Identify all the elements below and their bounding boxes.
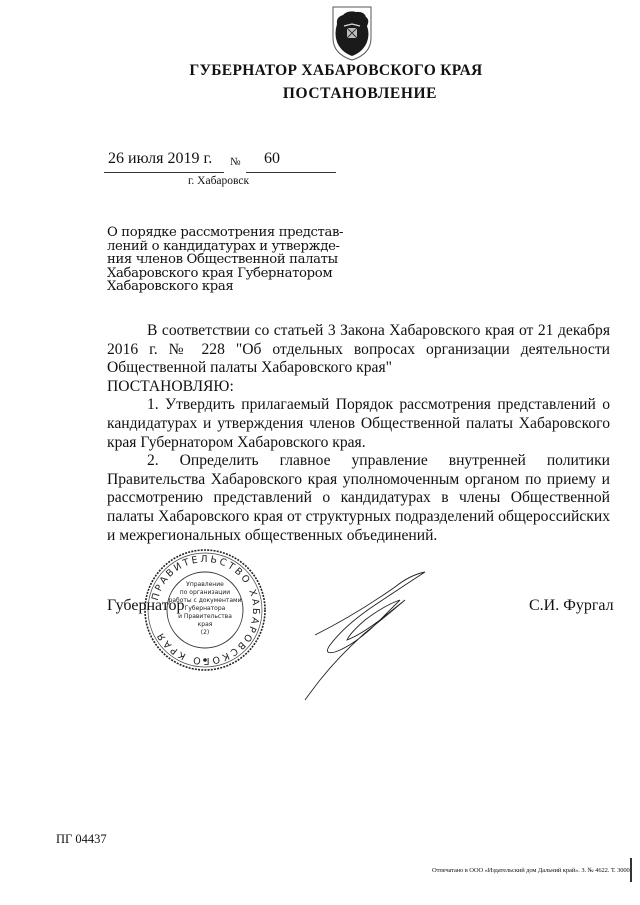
decree-word: ПОСТАНОВЛЯЮ: [107, 378, 610, 397]
preamble-paragraph: В соответствии со статьей 3 Закона Хабар… [107, 322, 610, 378]
date-underline [104, 172, 224, 173]
seal-center-line: (2) [201, 629, 210, 636]
decree-item-1: 1. Утвердить прилагаемый Порядок рассмот… [107, 396, 610, 452]
signatory-title: Губернатор [107, 597, 185, 615]
seal-center-line: края [198, 621, 213, 628]
document-city: г. Хабаровск [188, 175, 249, 187]
number-sign: № [230, 156, 241, 168]
signatory-name: С.И. Фургал [529, 597, 614, 615]
document-subject: О порядке рассмотрения представ- лений о… [107, 226, 339, 294]
decree-item-2: 2. Определить главное управление внутрен… [107, 452, 610, 545]
subject-line: ния членов Общественной палаты [107, 253, 339, 267]
subject-line: Хабаровского края Губернатором [107, 267, 339, 281]
registration-number: ПГ 04437 [56, 832, 107, 847]
seal-center-line: Губернатора [185, 605, 226, 612]
handwritten-signature [285, 555, 445, 705]
page-edge-mark [630, 858, 632, 882]
subject-line: лений о кандидатурах и утвержде- [107, 240, 339, 254]
document-date: 26 июля 2019 г. [108, 150, 212, 168]
subject-line: О порядке рассмотрения представ- [107, 226, 339, 240]
issuing-authority: ГУБЕРНАТОР ХАБАРОВСКОГО КРАЯ [0, 62, 640, 80]
seal-center-line: по организации [180, 589, 230, 596]
document-type: ПОСТАНОВЛЕНИЕ [0, 85, 640, 103]
seal-center-line: Управление [186, 581, 224, 588]
printing-info: Отпечатано в ООО «Издательский дом Дальн… [432, 867, 631, 874]
number-underline [246, 172, 336, 173]
coat-of-arms-icon [330, 4, 374, 62]
date-number-line: 26 июля 2019 г. № 60 [104, 150, 336, 174]
document-body: В соответствии со статьей 3 Закона Хабар… [107, 322, 610, 545]
seal-center-line: и Правительства [178, 613, 232, 620]
document-number: 60 [264, 150, 280, 168]
subject-line: Хабаровского края [107, 280, 339, 294]
